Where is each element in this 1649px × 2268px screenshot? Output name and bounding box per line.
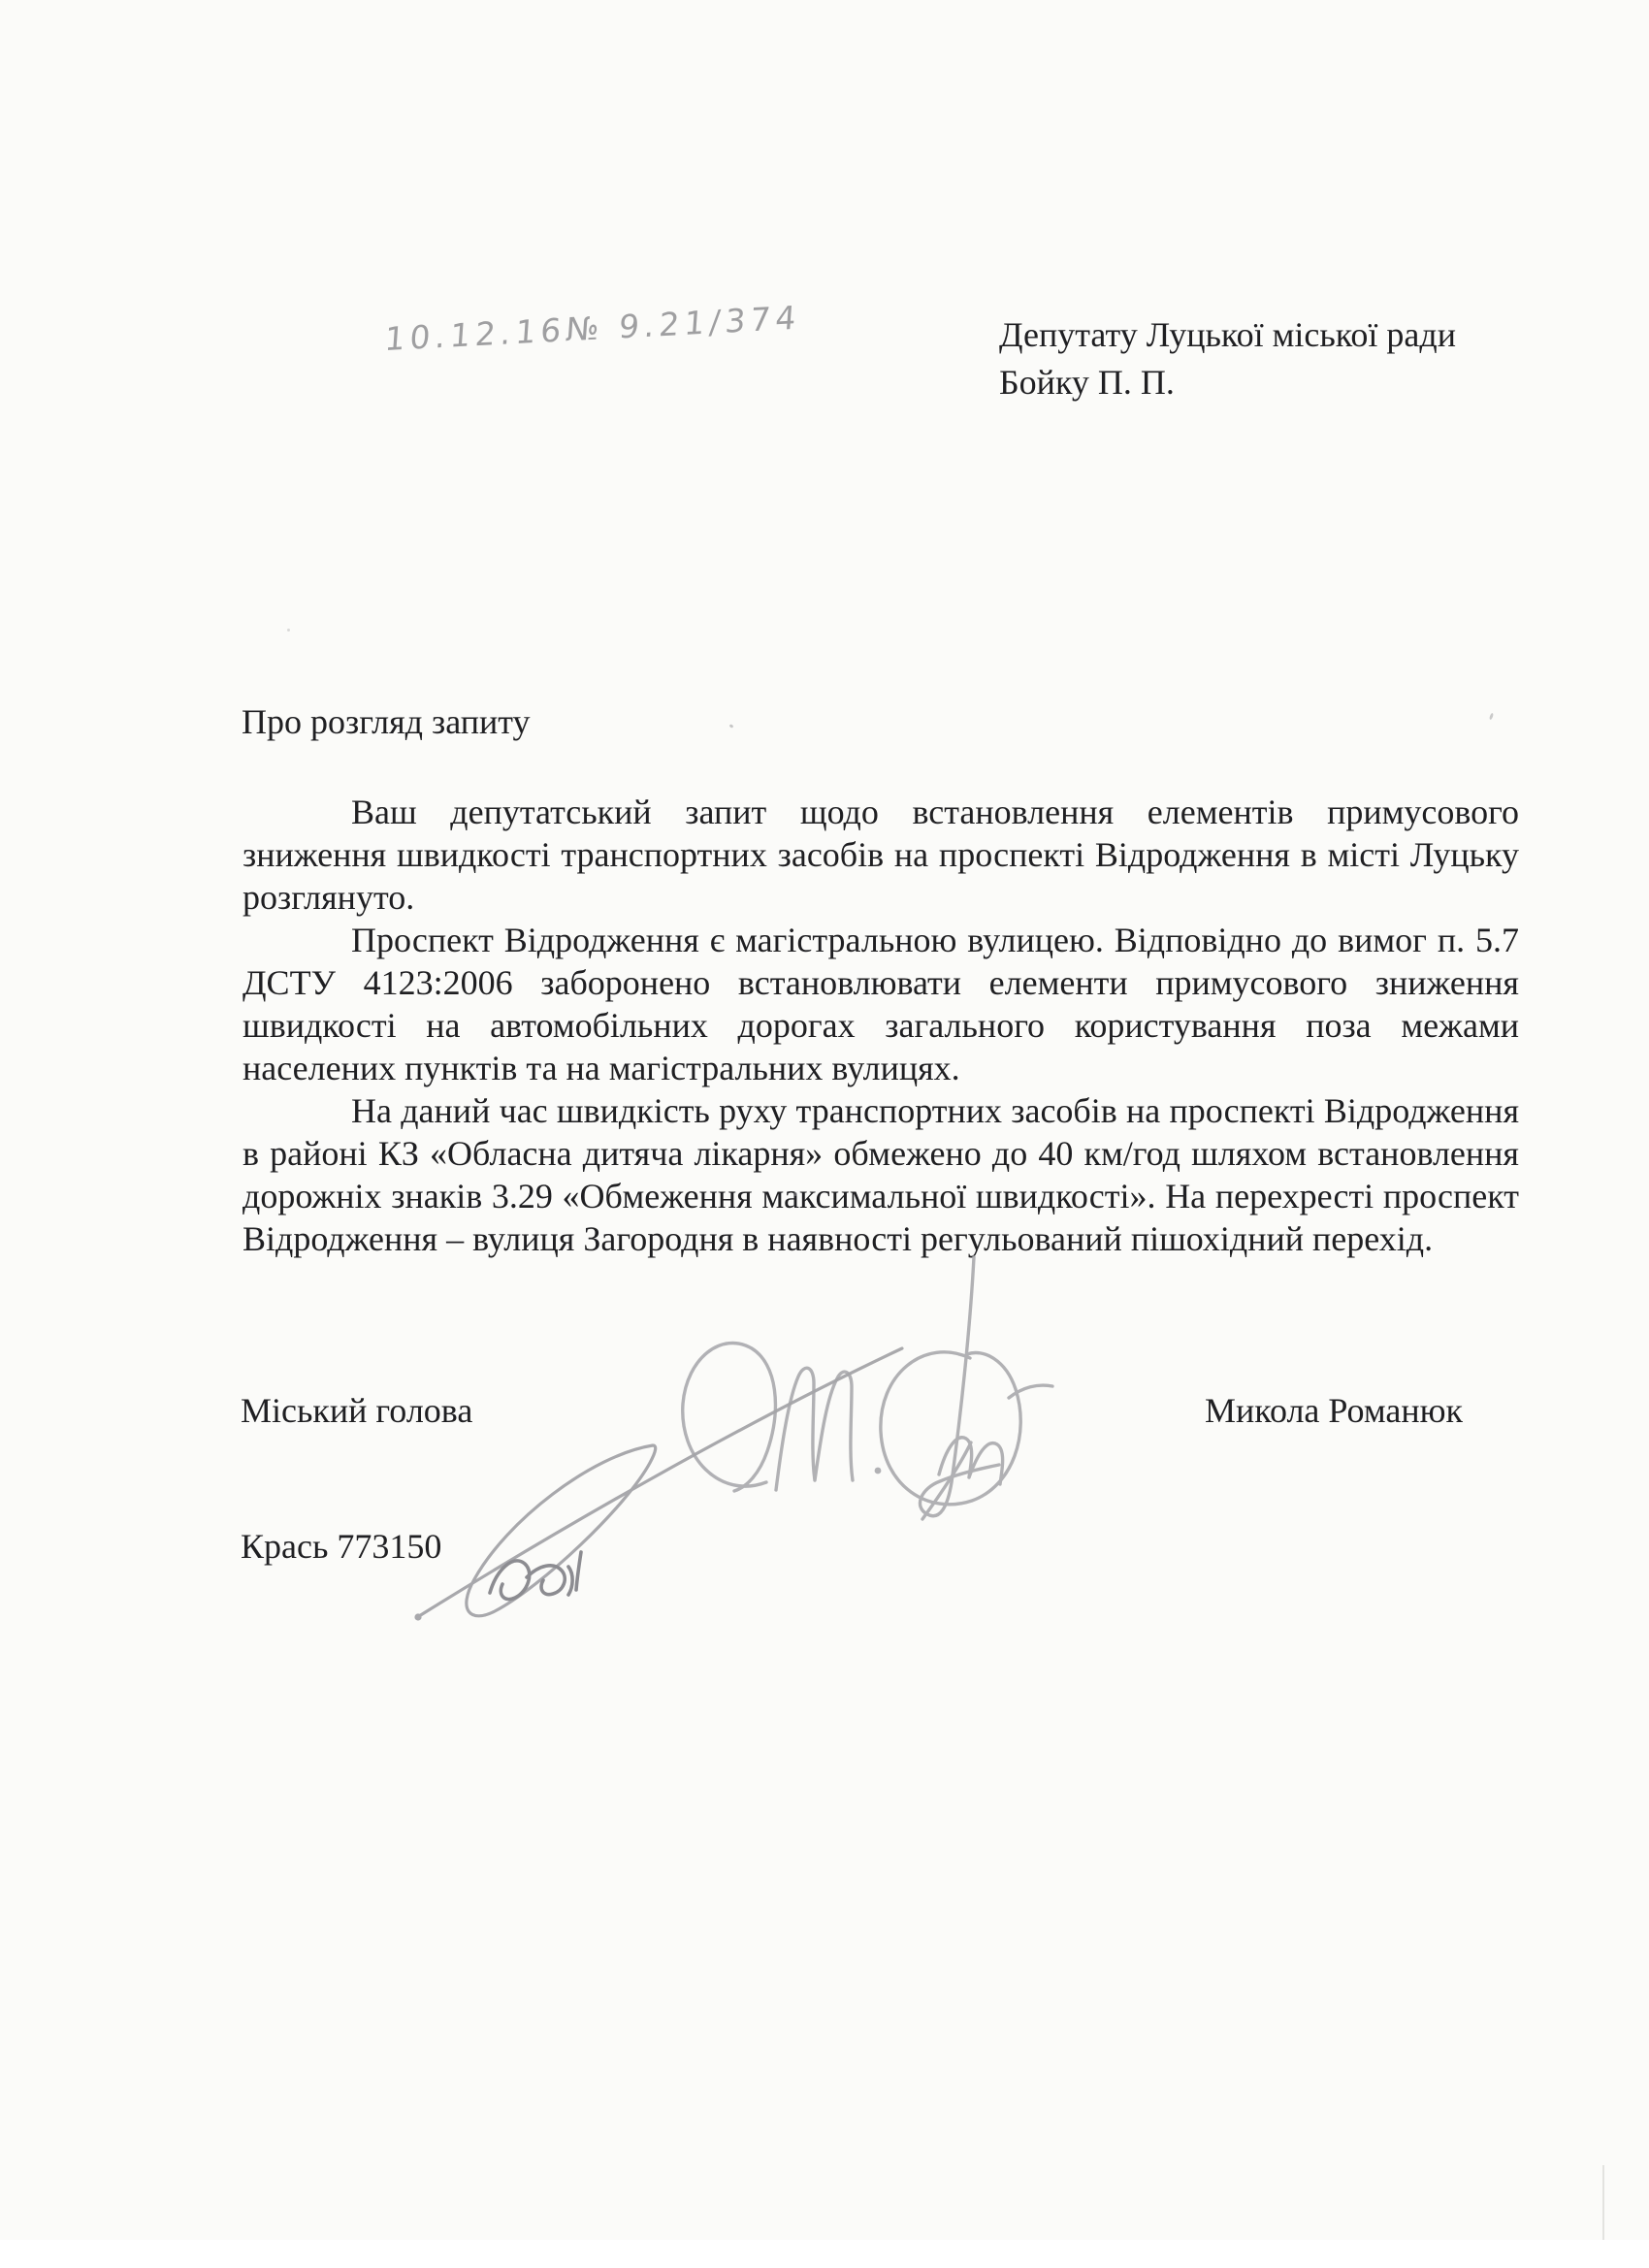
executor-signature (414, 1348, 902, 1621)
scan-speck (793, 1192, 797, 1196)
mayor-signature (683, 1257, 1052, 1519)
scanned-letter-page: 10.12.16№ 9.21/374 Депутату Луцької місь… (0, 0, 1649, 2268)
scan-speck (287, 629, 290, 632)
scan-bottom-edge (0, 2240, 1649, 2268)
signature-overlay (0, 0, 1649, 2268)
scan-edge-artifact (1602, 2165, 1604, 2241)
